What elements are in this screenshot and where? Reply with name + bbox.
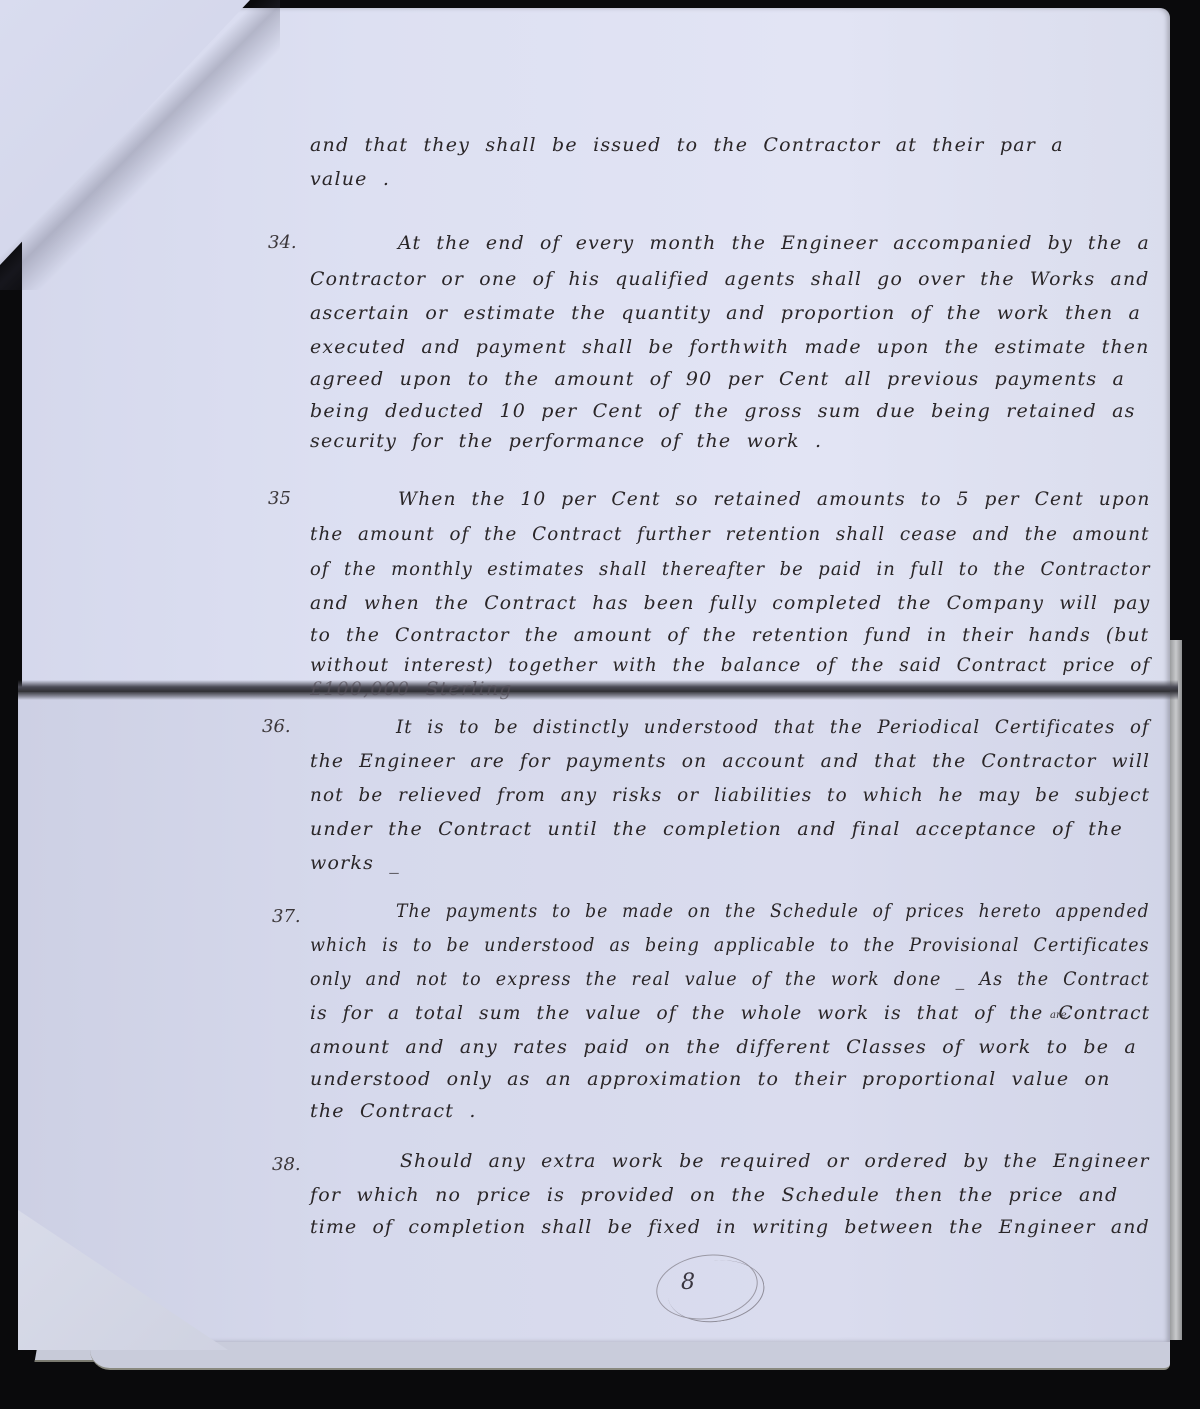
clause-line: agreed upon to the amount of 90 per Cent… — [310, 368, 1125, 390]
clause-line: being deducted 10 per Cent of the gross … — [310, 400, 1136, 422]
clause-line: for which no price is provided on the Sc… — [310, 1184, 1118, 1206]
clause-line: without interest) together with the bala… — [310, 654, 1150, 676]
clause-line: When the 10 per Cent so retained amounts… — [398, 488, 1150, 510]
continuation-line: and that they shall be issued to the Con… — [310, 134, 1064, 156]
page-stack-bottom — [90, 1338, 1170, 1370]
folio-number: 8 — [681, 1270, 695, 1295]
clause-number: 36. — [262, 716, 291, 737]
continuation-line: value . — [310, 168, 390, 190]
clause-line: security for the performance of the work… — [310, 430, 822, 452]
clause-line: under the Contract until the completion … — [310, 818, 1123, 840]
clause-number: 34. — [268, 232, 297, 253]
clause-line: to the Contractor the amount of the rete… — [310, 624, 1149, 646]
clause-line: the Contract . — [310, 1100, 477, 1122]
clause-line: The payments to be made on the Schedule … — [396, 900, 1150, 922]
clause-number: 37. — [272, 906, 301, 927]
clause-line: ascertain or estimate the quantity and p… — [310, 302, 1141, 324]
clause-line: It is to be distinctly understood that t… — [396, 716, 1150, 738]
clause-line: of the monthly estimates shall thereafte… — [310, 558, 1151, 580]
clause-line: the Engineer are for payments on account… — [310, 750, 1150, 772]
clause-number: 35 — [268, 488, 291, 509]
clause-line: £100,000 Sterling — [310, 678, 513, 700]
clause-line: is for a total sum the value of the whol… — [310, 1002, 1150, 1024]
clause-line: At the end of every month the Engineer a… — [398, 232, 1150, 254]
clause-line: the amount of the Contract further reten… — [310, 523, 1150, 545]
interlinear-insertion: are — [1050, 1010, 1067, 1021]
clause-line: understood only as an approximation to t… — [310, 1068, 1111, 1090]
clause-line: works _ — [310, 852, 400, 874]
page-fold-gutter — [18, 680, 1178, 700]
clause-line: Should any extra work be required or ord… — [400, 1150, 1150, 1172]
clause-line: amount and any rates paid on the differe… — [310, 1036, 1137, 1058]
clause-line: which is to be understood as being appli… — [310, 934, 1150, 956]
clause-number: 38. — [272, 1154, 301, 1175]
page-edge — [1170, 640, 1182, 1340]
clause-line: not be relieved from any risks or liabil… — [310, 784, 1150, 806]
clause-line: executed and payment shall be forthwith … — [310, 336, 1150, 358]
clause-line: and when the Contract has been fully com… — [310, 592, 1150, 614]
clause-line: Contractor or one of his qualified agent… — [310, 268, 1150, 290]
clause-line: time of completion shall be fixed in wri… — [310, 1216, 1150, 1238]
clause-line: only and not to express the real value o… — [310, 968, 1150, 990]
